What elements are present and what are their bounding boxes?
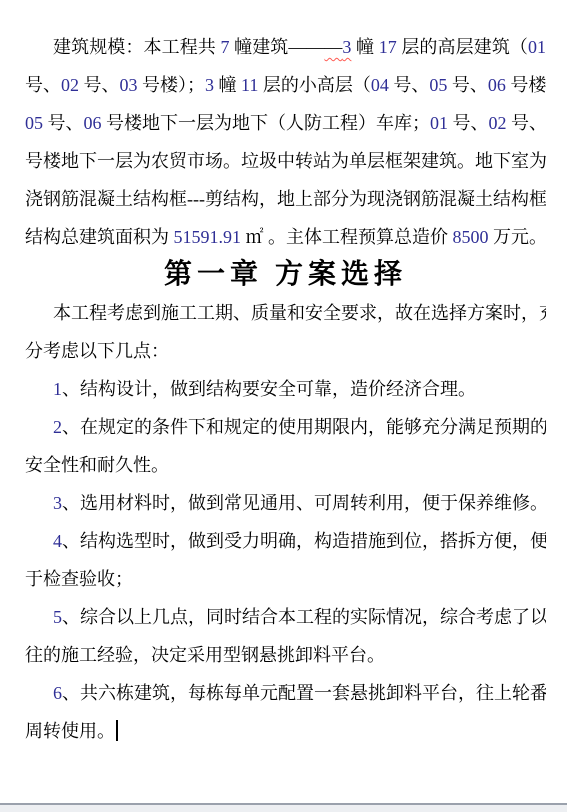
text-segment: 、综合以上几点，同时结合本工程的实际情况，综合考虑了以 <box>62 607 546 627</box>
para1-line6: 结构总建筑面积为 51591.91 ㎡ 。主体工程预算总造价 8500 万元。 <box>25 218 546 256</box>
text-segment: 号、 <box>507 113 547 133</box>
item4-line2: 于检查验收； <box>25 560 546 598</box>
item2-line2: 安全性和耐久性。 <box>25 446 546 484</box>
item5-line2: 往的施工经验，决定采用型钢悬挑卸料平台。 <box>25 636 546 674</box>
text-segment: 号楼地下一层为地下（人防工程）车库； <box>102 113 431 133</box>
number-text: 01 <box>528 37 546 57</box>
para1-line3: 05 号、06 号楼地下一层为地下（人防工程）车库；01 号、02 号、03 <box>25 104 546 142</box>
item3-line1: 3、选用材料时，做到常见通用、可周转利用，便于保养维修。 <box>25 484 546 522</box>
text-segment: 层的高层建筑（ <box>397 37 528 57</box>
item2-line1: 2、在规定的条件下和规定的使用期限内，能够充分满足预期的 <box>25 408 546 446</box>
number-text: 51591.91 <box>174 227 242 247</box>
number-text: 1 <box>53 379 62 399</box>
number-text: 03 <box>120 75 138 95</box>
number-text: 06 <box>488 75 506 95</box>
number-text: 04 <box>371 75 389 95</box>
number-text: 02 <box>489 113 507 133</box>
item6-line2: 周转使用。 <box>25 712 546 750</box>
text-segment: —— <box>288 37 324 57</box>
text-segment: 结构总建筑面积为 <box>25 227 174 247</box>
number-text: 05 <box>25 113 43 133</box>
number-text: 11 <box>241 75 258 95</box>
number-text: 01 <box>430 113 448 133</box>
text-segment: 分考虑以下几点： <box>25 341 169 361</box>
text-segment: 、结构选型时，做到受力明确，构造措施到位，搭拆方便，便 <box>62 531 546 551</box>
text-segment: 本工程考虑到施工工期、质量和安全要求，故在选择方案时，充 <box>53 303 546 323</box>
text-segment: ㎡ 。主体工程预算总造价 <box>241 227 453 247</box>
number-text: 8500 <box>453 227 489 247</box>
para1-line1: 建筑规模：本工程共 7 幢建筑———3 幢 17 层的高层建筑（01 <box>25 28 546 66</box>
para1-line4: 号楼地下一层为农贸市场。垃圾中转站为单层框架建筑。地下室为现 <box>25 142 546 180</box>
item5-line1: 5、综合以上几点，同时结合本工程的实际情况，综合考虑了以 <box>25 598 546 636</box>
number-text: 6 <box>53 683 62 703</box>
document-page: 建筑规模：本工程共 7 幢建筑———3 幢 17 层的高层建筑（01号、02 号… <box>0 0 567 812</box>
item4-line1: 4、结构选型时，做到受力明确，构造措施到位，搭拆方便，便 <box>25 522 546 560</box>
text-segment: 、在规定的条件下和规定的使用期限内，能够充分满足预期的 <box>62 417 546 437</box>
number-text: 5 <box>53 607 62 627</box>
text-segment: 周转使用。 <box>25 721 115 741</box>
text-segment: — <box>324 37 342 57</box>
text-segment: 、选用材料时，做到常见通用、可周转利用，便于保养维修。 <box>62 493 546 513</box>
text-segment: 、结构设计，做到结构要安全可靠，造价经济合理。 <box>62 379 476 399</box>
text-segment: 浇钢筋混凝土结构框---剪结构，地上部分为现浇钢筋混凝土结构框架 <box>25 189 546 209</box>
number-text: 05 <box>429 75 447 95</box>
text-segment: 号楼）。 <box>506 75 546 95</box>
number-text: 02 <box>61 75 79 95</box>
document-lines[interactable]: 建筑规模：本工程共 7 幢建筑———3 幢 17 层的高层建筑（01号、02 号… <box>25 28 546 750</box>
text-segment: 安全性和耐久性。 <box>25 455 169 475</box>
number-text: 3 <box>205 75 214 95</box>
para2-line1: 本工程考虑到施工工期、质量和安全要求，故在选择方案时，充 <box>25 294 546 332</box>
number-text: 3 <box>53 493 62 513</box>
window-bottom-strip <box>0 805 567 812</box>
text-segment: 、共六栋建筑，每栋每单元配置一套悬挑卸料平台，往上轮番 <box>62 683 546 703</box>
text-segment: 号、 <box>25 75 61 95</box>
para1-line2: 号、02 号、03 号楼）；3 幢 11 层的小高层（04 号、05 号、06 … <box>25 66 546 104</box>
text-segment: 往的施工经验，决定采用型钢悬挑卸料平台。 <box>25 645 385 665</box>
text-segment: 号、 <box>447 75 488 95</box>
text-segment: 号、 <box>43 113 84 133</box>
item6-line1: 6、共六栋建筑，每栋每单元配置一套悬挑卸料平台，往上轮番 <box>25 674 546 712</box>
text-segment: 幢 <box>214 75 241 95</box>
number-text: 17 <box>379 37 397 57</box>
number-text: 4 <box>53 531 62 551</box>
text-cursor <box>116 720 118 741</box>
text-segment: 幢建筑 <box>230 37 289 57</box>
chapter-heading: 第一章 方案选择 <box>25 256 546 294</box>
text-segment: 层的小高层（ <box>258 75 371 95</box>
number-text: 7 <box>221 37 230 57</box>
text-segment: 号、 <box>448 113 489 133</box>
text-segment: 万元。 <box>489 227 547 247</box>
text-segment: 于检查验收； <box>25 569 133 589</box>
text-segment: 号楼地下一层为农贸市场。垃圾中转站为单层框架建筑。地下室为现 <box>25 151 546 171</box>
text-segment: 号、 <box>79 75 120 95</box>
number-text: 06 <box>84 113 102 133</box>
text-segment: 建筑规模：本工程共 <box>53 37 221 57</box>
text-segment: 号、 <box>389 75 430 95</box>
para1-line5: 浇钢筋混凝土结构框---剪结构，地上部分为现浇钢筋混凝土结构框架 <box>25 180 546 218</box>
text-segment: 幢 <box>351 37 378 57</box>
para2-line2: 分考虑以下几点： <box>25 332 546 370</box>
number-text: 2 <box>53 417 62 437</box>
item1-line1: 1、结构设计，做到结构要安全可靠，造价经济合理。 <box>25 370 546 408</box>
text-segment: 第一章 方案选择 <box>164 259 407 290</box>
text-segment: 号楼）； <box>138 75 206 95</box>
